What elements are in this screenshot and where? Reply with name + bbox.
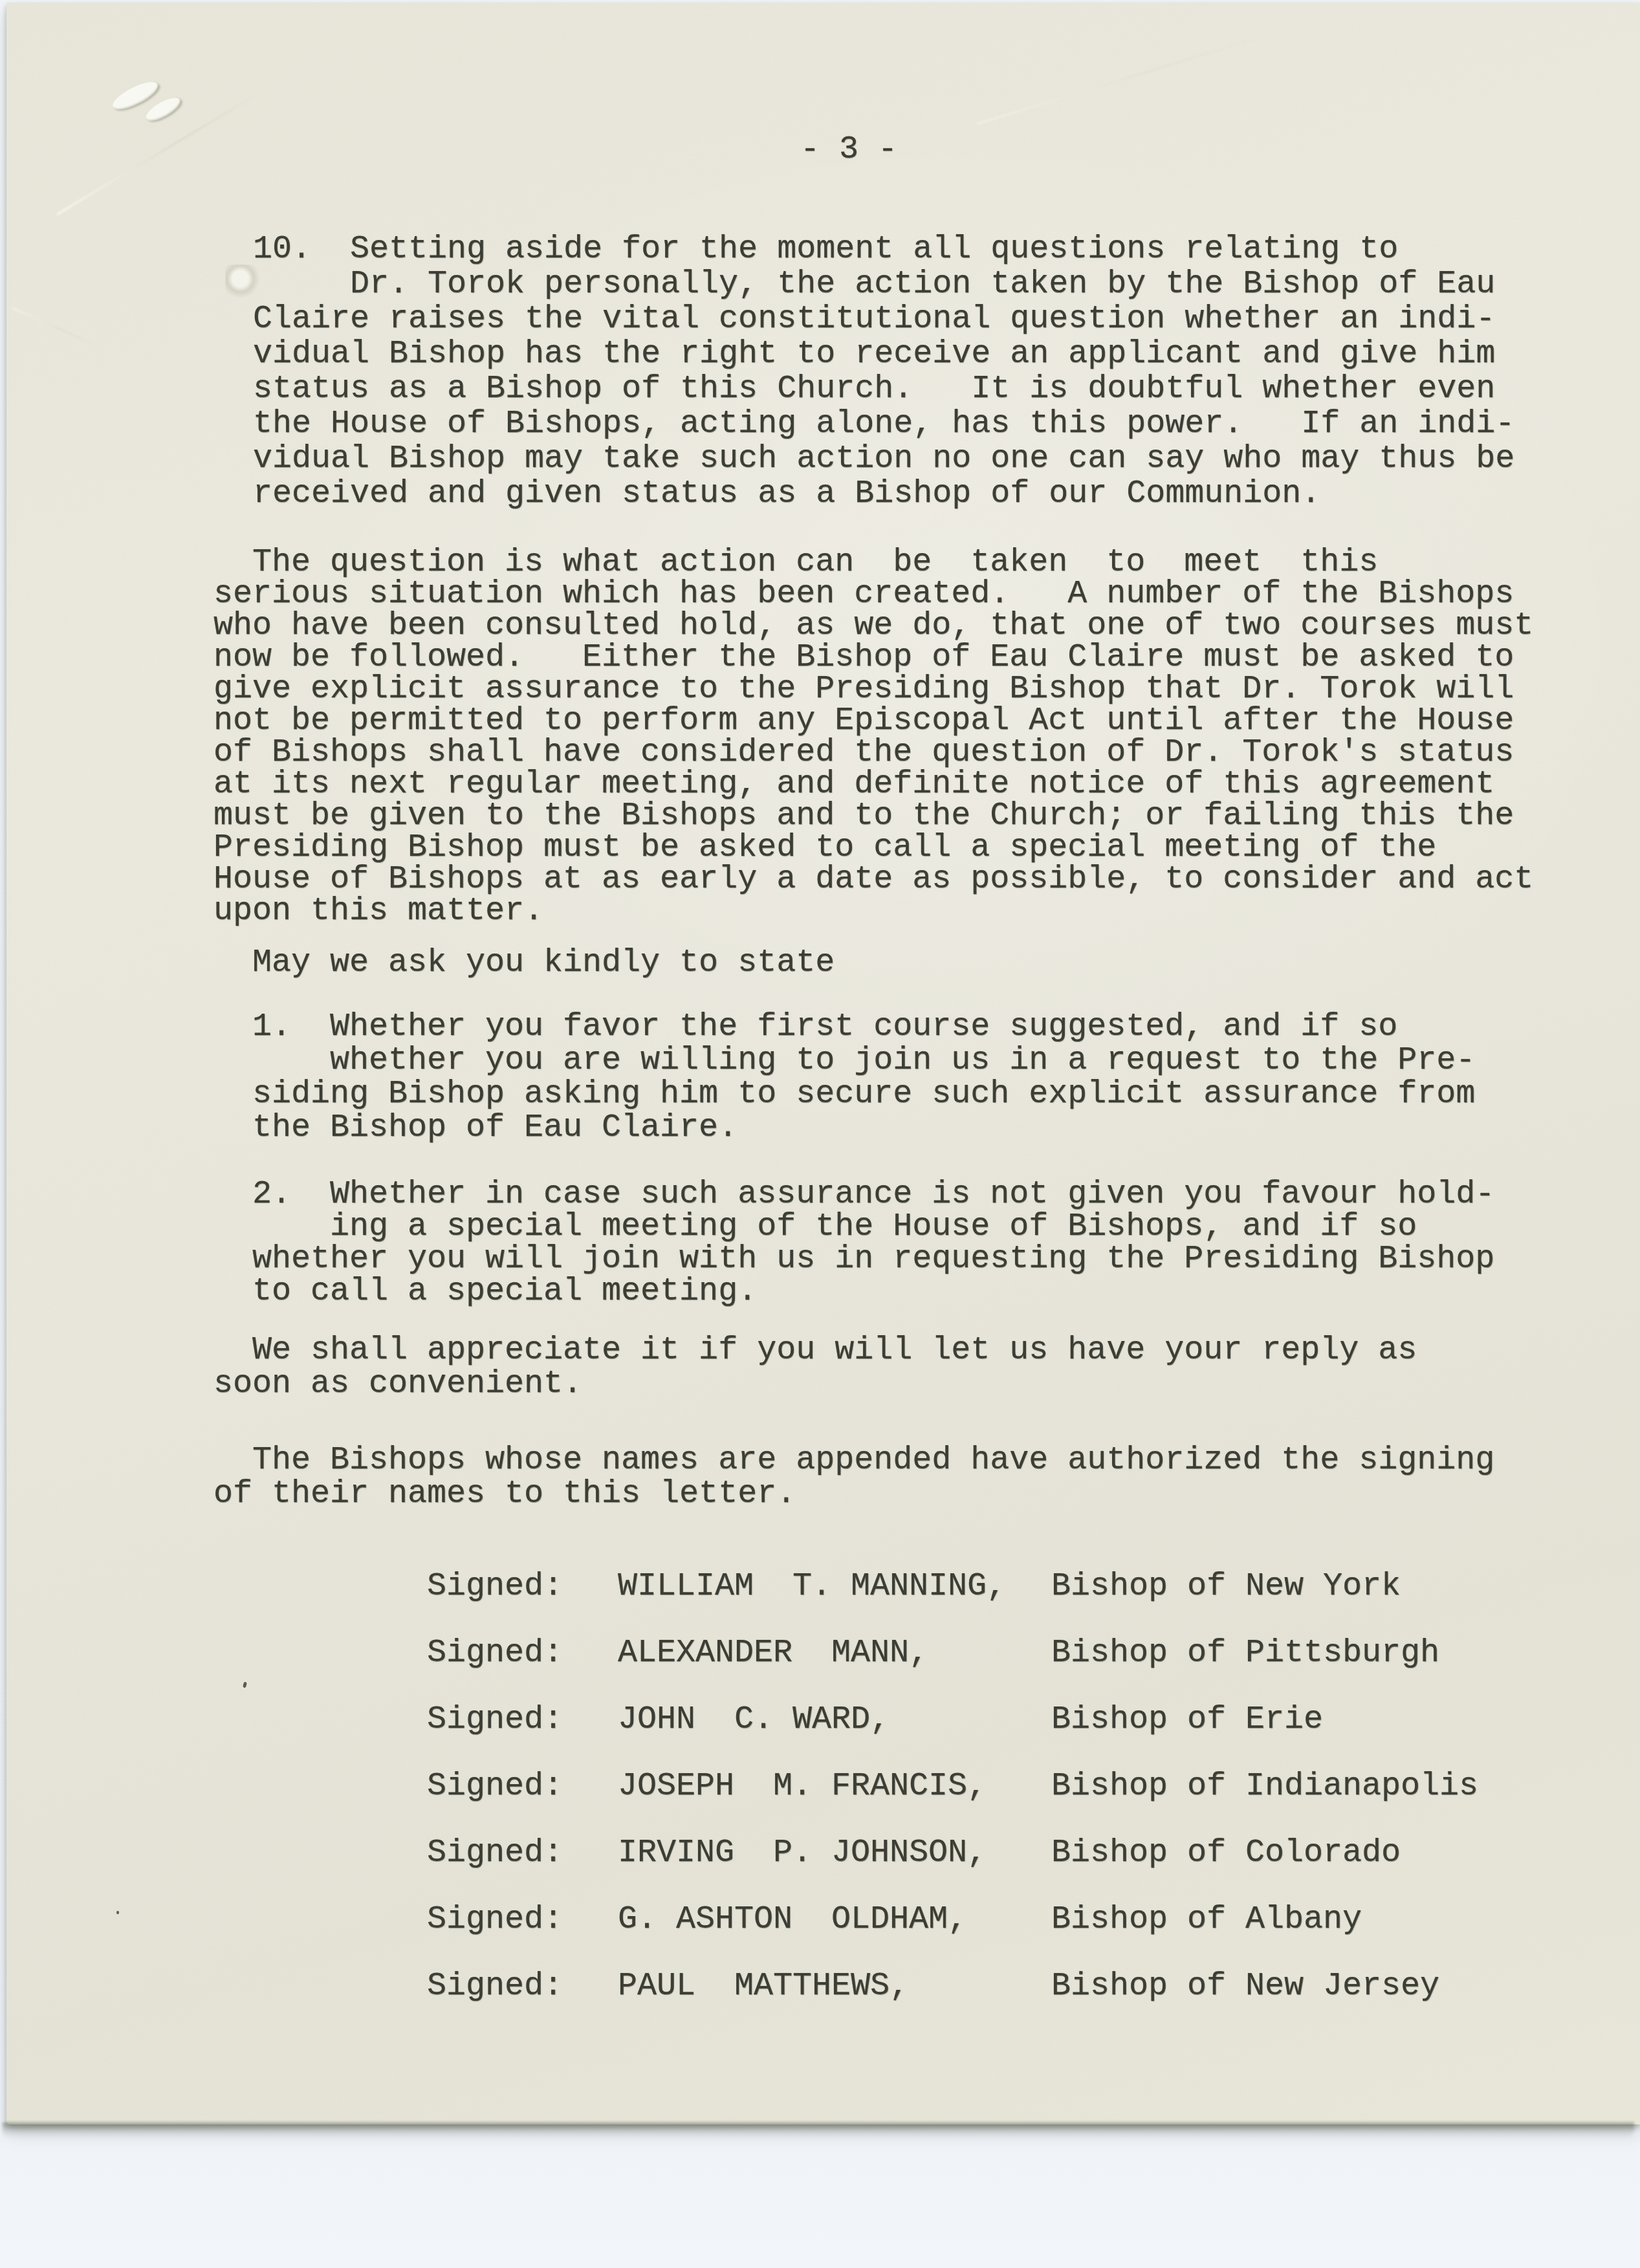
signature-title: Bishop of Erie (1051, 1703, 1323, 1738)
signature-label: Signed: (427, 1769, 563, 1804)
signature-row: Signed: IRVING P. JOHNSON, Bishop of Col… (0, 1836, 1640, 1872)
signature-label: Signed: (427, 1636, 563, 1671)
signature-row: Signed: ALEXANDER MANN, Bishop of Pittsb… (0, 1636, 1640, 1672)
signature-name: ALEXANDER MANN, (618, 1636, 928, 1671)
signature-label: Signed: (427, 1903, 563, 1937)
signature-row: Signed: WILLIAM T. MANNING, Bishop of Ne… (0, 1569, 1640, 1606)
signature-name: WILLIAM T. MANNING, (618, 1569, 1006, 1604)
signature-block: Signed: WILLIAM T. MANNING, Bishop of Ne… (0, 0, 1640, 2268)
signature-row: Signed: JOSEPH M. FRANCIS, Bishop of Ind… (0, 1769, 1640, 1805)
signature-label: Signed: (427, 1836, 563, 1871)
signature-label: Signed: (427, 1569, 563, 1604)
signature-name: G. ASHTON OLDHAM, (618, 1903, 967, 1937)
signature-row: Signed: JOHN C. WARD, Bishop of Erie (0, 1703, 1640, 1739)
signature-title: Bishop of New York (1051, 1569, 1401, 1604)
scanned-letter-page: - 3 - 10. Setting aside for the moment a… (0, 0, 1640, 2268)
signature-name: JOSEPH M. FRANCIS, (618, 1769, 987, 1804)
signature-name: JOHN C. WARD, (618, 1703, 890, 1738)
signature-name: PAUL MATTHEWS, (618, 1969, 909, 2004)
signature-title: Bishop of New Jersey (1051, 1969, 1439, 2004)
signature-name: IRVING P. JOHNSON, (618, 1836, 987, 1871)
letter-text-layer: - 3 - 10. Setting aside for the moment a… (0, 0, 1640, 2268)
signature-title: Bishop of Colorado (1051, 1836, 1401, 1871)
signature-title: Bishop of Albany (1051, 1903, 1362, 1937)
signature-row: Signed: PAUL MATTHEWS, Bishop of New Jer… (0, 1969, 1640, 2005)
signature-row: Signed: G. ASHTON OLDHAM, Bishop of Alba… (0, 1903, 1640, 1939)
signature-label: Signed: (427, 1969, 563, 2004)
signature-title: Bishop of Indianapolis (1051, 1769, 1478, 1804)
signature-label: Signed: (427, 1703, 563, 1738)
signature-title: Bishop of Pittsburgh (1051, 1636, 1439, 1671)
